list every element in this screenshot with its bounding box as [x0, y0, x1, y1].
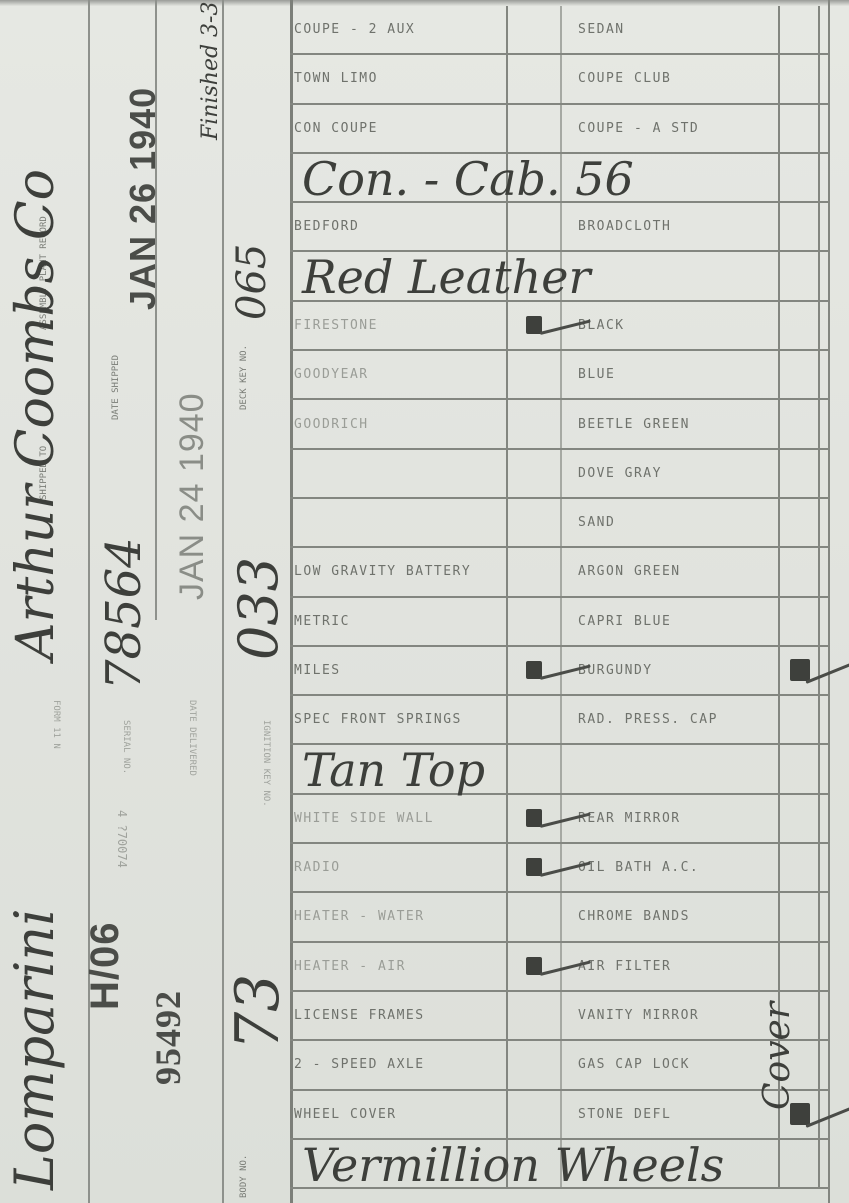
grid-row: SPEC FRONT SPRINGSRAD. PRESS. CAP	[290, 696, 830, 745]
checkbox-left[interactable]	[506, 598, 558, 645]
checkbox-left[interactable]	[506, 893, 558, 940]
grid-row: TOWN LIMOCOUPE CLUB	[290, 55, 830, 104]
option-left: CON COUPE	[294, 105, 504, 152]
option-label: LOW GRAVITY BATTERY	[294, 564, 471, 579]
option-label: STONE DEFL	[578, 1107, 671, 1122]
option-left: HEATER - WATER	[294, 893, 504, 940]
checkbox-left[interactable]	[506, 105, 558, 152]
grid-row: Con. - Cab. 56	[290, 154, 830, 203]
label-form-no: FORM 11 N	[50, 700, 60, 749]
checkbox-right[interactable]	[778, 252, 820, 299]
checkbox-right[interactable]	[778, 795, 820, 842]
checkbox-right[interactable]	[778, 351, 820, 398]
checkbox-right[interactable]	[778, 105, 820, 152]
column-divider	[560, 450, 562, 497]
option-right: BLACK	[566, 302, 776, 349]
check-mark-icon	[790, 659, 810, 681]
checkbox-right[interactable]	[778, 499, 820, 546]
grid-row: 2 - SPEED AXLEGAS CAP LOCK	[290, 1041, 830, 1090]
option-right: OIL BATH A.C.	[566, 844, 776, 891]
column-divider	[560, 696, 562, 743]
date-stamp-delivered: JAN 24 1940	[175, 392, 209, 600]
option-label: WHEEL COVER	[294, 1107, 397, 1122]
option-left: WHITE SIDE WALL	[294, 795, 504, 842]
checkbox-right[interactable]	[778, 696, 820, 743]
option-left: MILES	[294, 647, 504, 694]
column-divider	[560, 548, 562, 595]
label-body-no: BODY NO.	[240, 1155, 250, 1198]
column-divider	[560, 55, 562, 102]
option-label: REAR MIRROR	[578, 811, 681, 826]
handwritten-bottom-number: 73	[228, 974, 288, 1050]
option-label: BEDFORD	[294, 219, 359, 234]
option-label: HEATER - AIR	[294, 959, 406, 974]
option-label: BROADCLOTH	[578, 219, 671, 234]
handwritten-entry: Red Leather	[302, 254, 590, 300]
option-label: COUPE CLUB	[578, 71, 671, 86]
checkbox-right[interactable]	[778, 1140, 820, 1187]
grid-row: WHEEL COVERSTONE DEFL	[290, 1091, 830, 1140]
column-divider	[560, 400, 562, 447]
option-right: STONE DEFL	[566, 1091, 776, 1138]
option-right: COUPE - A STD	[566, 105, 776, 152]
option-right: REAR MIRROR	[566, 795, 776, 842]
option-left: RADIO	[294, 844, 504, 891]
option-right: BROADCLOTH	[566, 203, 776, 250]
option-label: CON COUPE	[294, 121, 378, 136]
option-label: BEETLE GREEN	[578, 417, 690, 432]
option-label: VANITY MIRROR	[578, 1008, 699, 1023]
option-left: GOODRICH	[294, 400, 504, 447]
checkbox-right[interactable]	[778, 302, 820, 349]
grid-row: FIRESTONEBLACK	[290, 302, 830, 351]
option-left	[294, 499, 504, 546]
label-date-shipped: DATE SHIPPED	[112, 355, 122, 420]
left-rule-1	[88, 0, 90, 1203]
option-label: MILES	[294, 663, 341, 678]
column-divider	[560, 745, 562, 792]
option-label: LICENSE FRAMES	[294, 1008, 425, 1023]
options-grid: COUPE - 2 AUXSEDANTOWN LIMOCOUPE CLUBCON…	[290, 6, 830, 1189]
grid-row: CON COUPECOUPE - A STD	[290, 105, 830, 154]
grid-row: LOW GRAVITY BATTERYARGON GREEN	[290, 548, 830, 597]
grid-row: GOODYEARBLUE	[290, 351, 830, 400]
option-label: RAD. PRESS. CAP	[578, 712, 718, 727]
invoice-card: COUPE - 2 AUXSEDANTOWN LIMOCOUPE CLUBCON…	[0, 0, 849, 1203]
handwritten-entry: Tan Top	[302, 747, 485, 793]
option-label: SPEC FRONT SPRINGS	[294, 712, 462, 727]
option-label: COUPE - 2 AUX	[294, 22, 415, 37]
option-label: HEATER - WATER	[294, 909, 425, 924]
column-divider	[560, 943, 562, 990]
stamp-h-code: H/06	[85, 922, 125, 1011]
checkbox-right[interactable]	[778, 203, 820, 250]
label-serial-no: SERIAL NO.	[120, 720, 130, 774]
checkbox-right[interactable]	[778, 154, 820, 201]
option-left	[294, 450, 504, 497]
option-label: GAS CAP LOCK	[578, 1057, 690, 1072]
grid-row: RADIOOIL BATH A.C.	[290, 844, 830, 893]
option-label: DOVE GRAY	[578, 466, 662, 481]
option-right: SEDAN	[566, 6, 776, 53]
grid-row: BEDFORDBROADCLOTH	[290, 203, 830, 252]
option-left: GOODYEAR	[294, 351, 504, 398]
checkbox-right[interactable]	[778, 548, 820, 595]
option-left: 2 - SPEED AXLE	[294, 1041, 504, 1088]
handwritten-entry: Con. - Cab. 56	[302, 156, 634, 202]
option-left: FIRESTONE	[294, 302, 504, 349]
option-right: ARGON GREEN	[566, 548, 776, 595]
grid-row: Red Leather	[290, 252, 830, 301]
checkbox-left[interactable]	[506, 499, 558, 546]
option-label: SAND	[578, 515, 615, 530]
option-right: DOVE GRAY	[566, 450, 776, 497]
option-right: SAND	[566, 499, 776, 546]
checkbox-right[interactable]	[778, 943, 820, 990]
grid-row: METRICCAPRI BLUE	[290, 598, 830, 647]
option-right: RAD. PRESS. CAP	[566, 696, 776, 743]
date-stamp-shipped: JAN 26 1940	[125, 87, 161, 310]
label-deck-key-no: DECK KEY NO.	[240, 345, 250, 410]
option-left: LOW GRAVITY BATTERY	[294, 548, 504, 595]
checkbox-right[interactable]	[778, 598, 820, 645]
column-divider	[560, 992, 562, 1039]
option-label: CAPRI BLUE	[578, 614, 671, 629]
handwritten-deck-key-no: 065	[232, 244, 272, 320]
grid-row: HEATER - AIRAIR FILTER	[290, 943, 830, 992]
option-label: RADIO	[294, 860, 341, 875]
checkbox-left[interactable]	[506, 696, 558, 743]
faded-order-number: 4 ?70074	[115, 810, 128, 868]
option-label: ARGON GREEN	[578, 564, 681, 579]
checkbox-left[interactable]	[506, 55, 558, 102]
option-right	[566, 745, 776, 792]
column-divider	[560, 6, 562, 53]
checkbox-right[interactable]	[778, 844, 820, 891]
option-label: SEDAN	[578, 22, 625, 37]
option-left: METRIC	[294, 598, 504, 645]
option-left: BEDFORD	[294, 203, 504, 250]
option-right: BEETLE GREEN	[566, 400, 776, 447]
option-label: TOWN LIMO	[294, 71, 378, 86]
checkbox-left[interactable]	[506, 203, 558, 250]
column-divider	[560, 105, 562, 152]
handwritten-serial: 78564	[100, 537, 148, 690]
checkbox-left[interactable]	[506, 400, 558, 447]
option-right: CHROME BANDS	[566, 893, 776, 940]
column-divider	[560, 203, 562, 250]
option-label: CHROME BANDS	[578, 909, 690, 924]
checkbox-right[interactable]	[778, 450, 820, 497]
checkbox-right[interactable]	[778, 6, 820, 53]
option-right: COUPE CLUB	[566, 55, 776, 102]
column-divider	[560, 351, 562, 398]
option-label: COUPE - A STD	[578, 121, 699, 136]
checkbox-right[interactable]	[778, 893, 820, 940]
handwritten-shipped-to: Arthur Coombs Co	[10, 169, 62, 660]
checkbox-left[interactable]	[506, 1041, 558, 1088]
option-left: TOWN LIMO	[294, 55, 504, 102]
checkbox-right[interactable]	[778, 745, 820, 792]
handwritten-entry: Vermillion Wheels	[302, 1142, 724, 1188]
option-left: SPEC FRONT SPRINGS	[294, 696, 504, 743]
column-divider	[560, 1041, 562, 1088]
handwritten-bottom-name: Lomparini	[8, 909, 62, 1190]
grid-row: WHITE SIDE WALLREAR MIRROR	[290, 795, 830, 844]
option-left: LICENSE FRAMES	[294, 992, 504, 1039]
option-label: 2 - SPEED AXLE	[294, 1057, 425, 1072]
option-label: GOODYEAR	[294, 367, 369, 382]
option-right: BLUE	[566, 351, 776, 398]
grid-row: HEATER - WATERCHROME BANDS	[290, 893, 830, 942]
handwritten-margin-cover: Cover	[760, 1002, 796, 1110]
option-left: COUPE - 2 AUX	[294, 6, 504, 53]
label-date-delivered: DATE DELIVERED	[186, 700, 196, 776]
checkbox-left[interactable]	[506, 992, 558, 1039]
grid-row: GOODRICHBEETLE GREEN	[290, 400, 830, 449]
grid-row: MILESBURGUNDY	[290, 647, 830, 696]
option-right: CAPRI BLUE	[566, 598, 776, 645]
option-label: WHITE SIDE WALL	[294, 811, 434, 826]
column-divider	[560, 499, 562, 546]
option-label: GOODRICH	[294, 417, 369, 432]
grid-row: Tan Top	[290, 745, 830, 794]
checkbox-right[interactable]	[778, 55, 820, 102]
option-label: OIL BATH A.C.	[578, 860, 699, 875]
option-right: BURGUNDY	[566, 647, 776, 694]
option-label: METRIC	[294, 614, 350, 629]
option-right	[566, 252, 776, 299]
grid-row: COUPE - 2 AUXSEDAN	[290, 6, 830, 55]
checkbox-left[interactable]	[506, 6, 558, 53]
option-right: AIR FILTER	[566, 943, 776, 990]
grid-row: SAND	[290, 499, 830, 548]
grid-row: LICENSE FRAMESVANITY MIRROR	[290, 992, 830, 1041]
option-label: BLUE	[578, 367, 615, 382]
column-divider	[560, 893, 562, 940]
checkbox-left[interactable]	[506, 548, 558, 595]
option-right: GAS CAP LOCK	[566, 1041, 776, 1088]
column-divider	[560, 1091, 562, 1138]
checkbox-left[interactable]	[506, 450, 558, 497]
checkbox-left[interactable]	[506, 1091, 558, 1138]
option-left: HEATER - AIR	[294, 943, 504, 990]
option-left: WHEEL COVER	[294, 1091, 504, 1138]
option-label: AIR FILTER	[578, 959, 671, 974]
checkbox-left[interactable]	[506, 351, 558, 398]
checkbox-left[interactable]	[506, 745, 558, 792]
option-label: FIRESTONE	[294, 318, 378, 333]
handwritten-finished: Finished 3-31	[200, 0, 222, 140]
checkbox-right[interactable]	[778, 400, 820, 447]
grid-row: Vermillion Wheels	[290, 1140, 830, 1189]
label-ignition-key-no: IGNITION KEY NO.	[260, 720, 270, 807]
stamp-body-number: 95492	[150, 990, 186, 1085]
option-right: VANITY MIRROR	[566, 992, 776, 1039]
handwritten-ignition-key-no: 033	[232, 557, 286, 660]
column-divider	[560, 598, 562, 645]
grid-row: DOVE GRAY	[290, 450, 830, 499]
